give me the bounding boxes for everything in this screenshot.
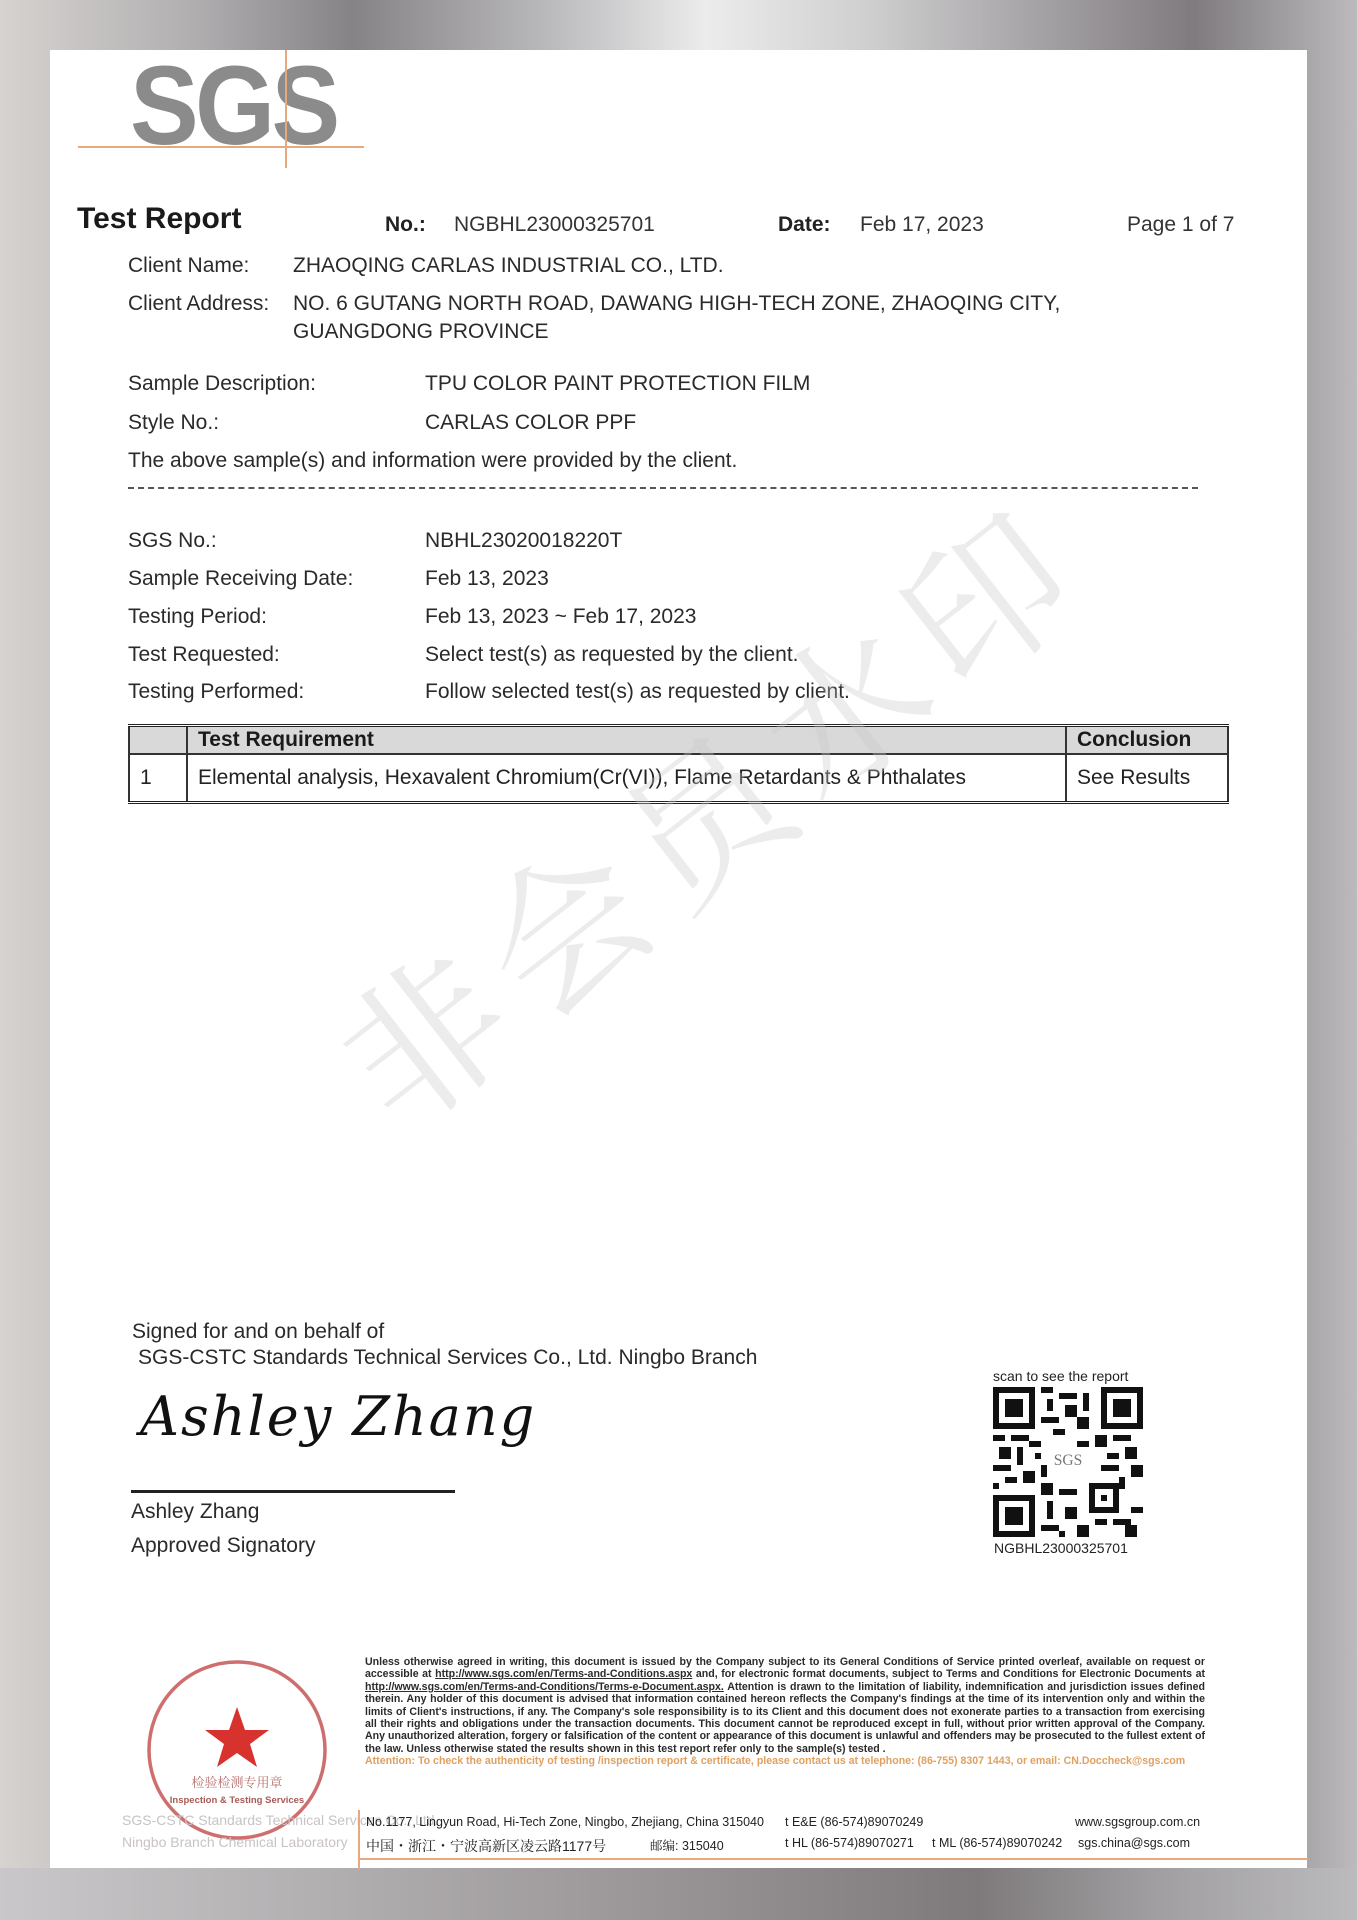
footer-rule-vertical xyxy=(358,1810,360,1870)
footer-rule xyxy=(358,1858,1308,1860)
receiving-date-label: Sample Receiving Date: xyxy=(128,567,353,591)
dashed-divider xyxy=(128,487,1198,489)
sample-description-label: Sample Description: xyxy=(128,372,316,396)
footer-website[interactable]: www.sgsgroup.com.cn xyxy=(1075,1815,1200,1829)
row-no: 1 xyxy=(129,754,187,803)
terms-link[interactable]: http://www.sgs.com/en/Terms-and-Conditio… xyxy=(435,1668,692,1680)
signatory-name: Ashley Zhang xyxy=(131,1500,259,1524)
page-indicator: Page 1 of 7 xyxy=(1127,213,1234,237)
date-value: Feb 17, 2023 xyxy=(860,213,984,237)
footer-postcode-cn: 邮编: 315040 xyxy=(650,1836,724,1854)
report-no-label: No.: xyxy=(385,213,426,237)
receiving-date-value: Feb 13, 2023 xyxy=(425,567,549,591)
client-address-label: Client Address: xyxy=(128,292,269,316)
footer-email[interactable]: sgs.china@sgs.com xyxy=(1078,1836,1190,1850)
authenticity-notice: Attention: To check the authenticity of … xyxy=(365,1755,1205,1767)
qr-report-id: NGBHL23000325701 xyxy=(994,1540,1128,1556)
footer-phone-hl: t HL (86-574)89070271 xyxy=(785,1836,914,1850)
logo-rule-vertical xyxy=(285,50,287,168)
watermark: 非会员水印 xyxy=(285,442,1128,1171)
header-conclusion: Conclusion xyxy=(1066,726,1228,755)
client-address-line1: NO. 6 GUTANG NORTH ROAD, DAWANG HIGH-TEC… xyxy=(293,292,1060,316)
footer-phone-ee: t E&E (86-574)89070249 xyxy=(785,1815,923,1829)
sample-note: The above sample(s) and information were… xyxy=(128,449,737,473)
signatory-role: Approved Signatory xyxy=(131,1534,315,1558)
row-conclusion: See Results xyxy=(1066,754,1228,803)
signed-for-text: Signed for and on behalf of xyxy=(132,1320,384,1344)
header-no xyxy=(129,726,187,755)
legal-disclaimer: Unless otherwise agreed in writing, this… xyxy=(365,1656,1205,1768)
style-no-label: Style No.: xyxy=(128,411,219,435)
svg-text:Inspection & Testing Services: Inspection & Testing Services xyxy=(170,1795,304,1806)
svg-text:检验检测专用章: 检验检测专用章 xyxy=(191,1775,282,1791)
testing-period-value: Feb 13, 2023 ~ Feb 17, 2023 xyxy=(425,605,696,629)
signing-company: SGS-CSTC Standards Technical Services Co… xyxy=(138,1346,757,1370)
qr-code-icon[interactable]: SGS xyxy=(993,1387,1143,1537)
style-no-value: CARLAS COLOR PPF xyxy=(425,411,636,435)
testing-period-label: Testing Period: xyxy=(128,605,267,629)
report-no-value: NGBHL23000325701 xyxy=(454,213,655,237)
signature-line xyxy=(131,1490,455,1493)
client-name-value: ZHAOQING CARLAS INDUSTRIAL CO., LTD. xyxy=(293,254,724,278)
seal-subtext-2: Ningbo Branch Chemical Laboratory xyxy=(122,1834,348,1850)
test-requested-label: Test Requested: xyxy=(128,643,280,667)
background-band xyxy=(0,1868,1357,1920)
report-page: SGS Test Report No.: NGBHL23000325701 Da… xyxy=(50,50,1307,1868)
logo-rule xyxy=(78,146,364,148)
client-name-label: Client Name: xyxy=(128,254,249,278)
sgs-no-value: NBHL23020018220T xyxy=(425,529,622,553)
footer-address-en: No.1177, Lingyun Road, Hi-Tech Zone, Nin… xyxy=(366,1815,764,1829)
page-title: Test Report xyxy=(77,202,241,236)
disclaimer-text-2: and, for electronic format documents, su… xyxy=(692,1668,1205,1680)
testing-performed-label: Testing Performed: xyxy=(128,680,304,704)
sgs-no-label: SGS No.: xyxy=(128,529,217,553)
qr-caption: scan to see the report xyxy=(993,1368,1128,1384)
e-document-terms-link[interactable]: http://www.sgs.com/en/Terms-and-Conditio… xyxy=(365,1681,724,1693)
handwritten-signature: Ashley Zhang xyxy=(140,1385,536,1448)
client-address-line2: GUANGDONG PROVINCE xyxy=(293,320,549,344)
footer-address-cn: 中国・浙江・宁波高新区凌云路1177号 xyxy=(366,1836,606,1856)
footer-phone-ml: t ML (86-574)89070242 xyxy=(932,1836,1062,1850)
svg-text:SGS: SGS xyxy=(1054,1452,1083,1469)
sample-description-value: TPU COLOR PAINT PROTECTION FILM xyxy=(425,372,810,396)
date-label: Date: xyxy=(778,213,831,237)
